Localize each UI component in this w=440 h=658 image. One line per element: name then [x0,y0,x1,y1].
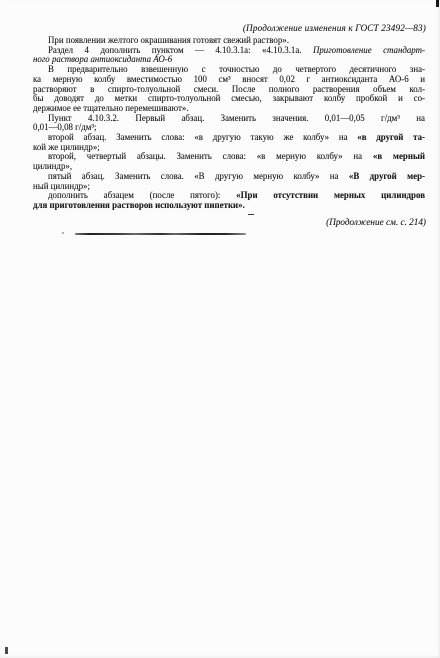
text-segment: дополнить абзацем (после пятого): [48,190,236,200]
separator-rule-dot [62,232,64,234]
text-segment: второй абзац. Заменить слова: «в другую … [48,132,357,142]
text-segment: Раздел 4 дополнить пунктом — 4.10.3.1а: … [48,45,313,55]
text-segment: ного раствора антиоксиданта АО-6 [33,54,172,64]
stray-dash-mark [248,214,254,215]
text-segment: ка мерную колбу вместимостью 100 см³ вно… [33,74,425,84]
text-line: пятый абзац. Заменить слова. «В другую м… [33,172,425,182]
text-segment: «в мерный [373,151,425,161]
text-segment: держимое ее тщательно перемешивают». [33,103,189,113]
scan-speck-top-right [436,0,439,7]
footer-continuation-ref: (Продолжение см. с. 214) [326,217,426,227]
text-segment: При появлении желтого окрашивания готовя… [48,35,289,45]
text-segment: кой же цилиндр»; [33,142,100,152]
text-segment: ный цилиндр»; [33,181,90,191]
header-continuation-note: (Продолжение изменения к ГОСТ 23492—83) [243,23,426,33]
text-segment: 0,01—0,08 г/дм³; [33,122,97,132]
text-segment: для приготовления растворов используют п… [33,200,245,210]
scanned-document-page: (Продолжение изменения к ГОСТ 23492—83) … [0,0,440,658]
text-segment: «В другой мер- [349,171,425,181]
text-segment: «в другой та- [357,132,425,142]
text-segment: цилиндр», [33,161,72,171]
text-segment: Приготовление стандарт- [313,45,425,55]
text-line: для приготовления растворов используют п… [33,201,425,211]
text-segment: бы доводят до метки спирто-толуольной см… [33,93,425,103]
text-segment: пятый абзац. Заменить слова. «В другую м… [48,171,349,181]
text-segment: «При отсутствии мерных цилиндров [236,190,425,200]
text-line: второй, четвертый абзацы. Заменить слова… [33,152,425,162]
text-segment: В предварительно взвешенную с точностью … [48,64,425,74]
text-segment: Пункт 4.10.3.2. Первый абзац. Заменить з… [48,113,425,123]
document-body: При появлении желтого окрашивания готовя… [33,36,425,211]
separator-rule [75,233,246,235]
text-segment: второй, четвертый абзацы. Заменить слова… [48,151,373,161]
text-segment: растворяют в спирто-толуольной смеси. По… [33,84,425,94]
scan-speck-bottom-left [5,647,8,654]
